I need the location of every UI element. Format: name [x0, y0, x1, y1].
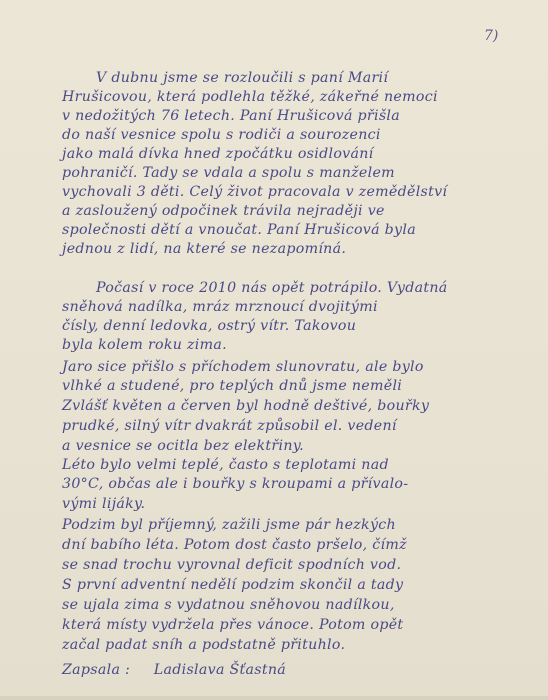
text-line: dní babího léta. Potom dost často pršelo…: [62, 535, 407, 555]
text-line: do naší vesnice spolu s rodiči a souroze…: [62, 125, 381, 145]
text-line: jako malá dívka hned zpočátku osidlování: [62, 144, 374, 164]
text-line: vychovali 3 děti. Celý život pracovala v…: [62, 182, 447, 202]
text-line: Zvlášť květen a červen byl hodně deštivé…: [62, 396, 429, 416]
text-line: se snad trochu vyrovnal deficit spodních…: [62, 555, 401, 575]
text-line: začal padat sníh a podstatně přituhlo.: [62, 635, 345, 655]
text-line: sněhová nadílka, mráz mrznoucí dvojitými: [62, 297, 378, 317]
signature: Zapsala : Ladislava Šťastná: [62, 660, 286, 680]
text-line: a zasloužený odpočinek trávila nejraději…: [62, 201, 385, 221]
chronicle-page: 7) V dubnu jsme se rozloučili s paní Mar…: [0, 0, 548, 700]
text-line: pohraničí. Tady se vdala a spolu s manže…: [62, 163, 395, 183]
text-line: Léto bylo velmi teplé, často s teplotami…: [62, 455, 389, 475]
text-line: V dubnu jsme se rozloučili s paní Marií: [62, 68, 388, 88]
text-line: která místy vydržela přes vánoce. Potom …: [62, 615, 403, 635]
text-line: S první adventní nedělí podzim skončil a…: [62, 575, 403, 595]
text-line: společnosti dětí a vnoučat. Paní Hrušico…: [62, 220, 416, 240]
text-line: Počasí v roce 2010 nás opět potrápilo. V…: [62, 278, 448, 298]
page-number: 7): [484, 28, 498, 44]
text-line: byla kolem roku zima.: [62, 335, 227, 355]
signature-name: Ladislava Šťastná: [154, 662, 286, 678]
text-line: jednou z lidí, na které se nezapomíná.: [62, 239, 346, 259]
text-line: čísly, denní ledovka, ostrý vítr. Takovo…: [62, 316, 356, 336]
text-line: Hrušicovou, která podlehla těžké, zákeřn…: [62, 87, 438, 107]
text-line: 30°C, občas ale i bouřky s kroupami a př…: [62, 474, 408, 494]
text-line: prudké, silný vítr dvakrát způsobil el. …: [62, 416, 397, 436]
text-line: se ujala zima s vydatnou sněhovou nadílk…: [62, 595, 395, 615]
text-line: Podzim byl příjemný, zažili jsme pár hez…: [62, 515, 396, 535]
text-line: a vesnice se ocitla bez elektřiny.: [62, 436, 304, 456]
signature-label: Zapsala :: [62, 662, 130, 678]
text-line: vými lijáky.: [62, 494, 145, 514]
text-line: v nedožitých 76 letech. Paní Hrušicová p…: [62, 106, 400, 126]
text-line: Jaro sice přišlo s příchodem slunovratu,…: [62, 357, 424, 377]
text-line: vlhké a studené, pro teplých dnů jsme ne…: [62, 376, 402, 396]
page-edge: [0, 696, 548, 700]
